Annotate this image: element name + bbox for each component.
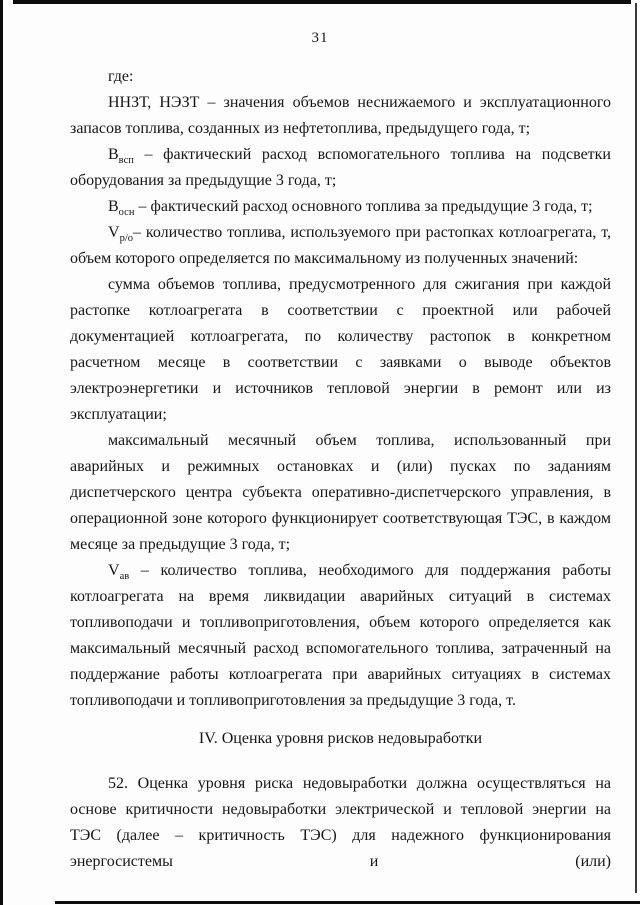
definition-text: максимальный месячный объем топлива, исп… — [70, 432, 611, 553]
document-page: 31 где: ННЗТ, НЭЗТ – значения объемов не… — [0, 0, 640, 905]
section-heading: IV. Оценка уровня рисков недовыработки — [70, 726, 611, 752]
term-subscript: р/о — [120, 233, 133, 244]
term-subscript: всп — [119, 155, 134, 166]
definition-text: – количество топлива, используемого при … — [70, 224, 611, 267]
term-symbol: V — [108, 224, 120, 241]
definition-paragraph: максимальный месячный объем топлива, исп… — [70, 428, 611, 558]
scan-edge-left — [0, 0, 3, 905]
definition-text: – количество топлива, необходимого для п… — [70, 562, 611, 709]
term-symbol: В — [108, 146, 119, 163]
scan-edge-bottom — [55, 901, 640, 904]
definition-text: сумма объемов топлива, предусмотренного … — [70, 276, 611, 423]
document-content: где: ННЗТ, НЭЗТ – значения объемов несни… — [70, 64, 611, 875]
definition-paragraph: сумма объемов топлива, предусмотренного … — [70, 272, 611, 428]
term-symbol: ННЗТ, НЭЗТ — [108, 94, 199, 111]
definition-text: – фактический расход основного топлива з… — [134, 198, 592, 215]
page-number: 31 — [0, 30, 640, 47]
definition-paragraph: Vр/о– количество топлива, используемого … — [70, 220, 611, 272]
definition-text: – фактический расход вспомогательного то… — [70, 146, 611, 189]
body-paragraph-52: 52. Оценка уровня риска недовыработки до… — [70, 771, 611, 875]
definition-paragraph: Ввсп – фактический расход вспомогательно… — [70, 142, 611, 194]
term-symbol: V — [108, 562, 120, 579]
term-subscript: ав — [120, 571, 130, 582]
definition-paragraph: Восн – фактический расход основного топл… — [70, 194, 611, 220]
definition-paragraph: ННЗТ, НЭЗТ – значения объемов неснижаемо… — [70, 90, 611, 142]
scan-edge-right — [635, 3, 637, 893]
term-symbol: В — [108, 198, 119, 215]
definition-paragraph: Vав – количество топлива, необходимого д… — [70, 558, 611, 714]
intro-line: где: — [70, 64, 611, 90]
term-subscript: осн — [119, 207, 135, 218]
scan-edge-top — [13, 0, 631, 4]
